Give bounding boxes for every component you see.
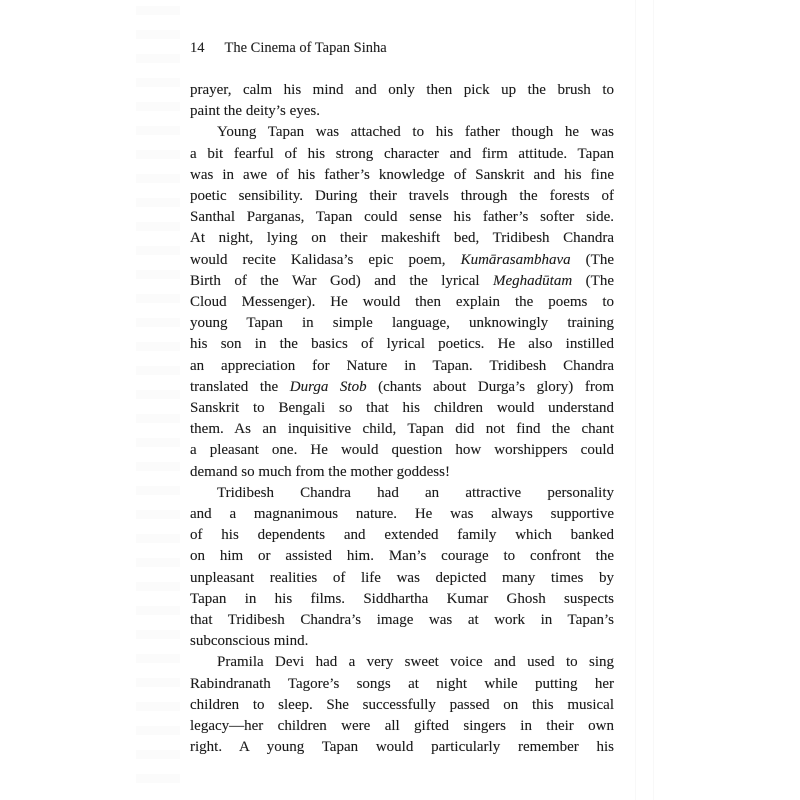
- italic-text-segment: Meghadūtam: [493, 273, 572, 289]
- text-segment: poetic sensibility. During their travels…: [190, 188, 614, 204]
- text-segment: them. As an inquisitive child, Tapan did…: [190, 421, 614, 437]
- page-header: 14The Cinema of Tapan Sinha: [190, 40, 614, 56]
- book-page-scan: 14The Cinema of Tapan Sinha prayer, calm…: [0, 0, 800, 800]
- text-segment: Tridibesh Chandra had an attractive pers…: [217, 485, 614, 501]
- text-segment: At night, lying on their makeshift bed, …: [190, 230, 614, 246]
- text-segment: an appreciation for Nature in Tapan. Tri…: [190, 358, 614, 374]
- text-line: Rabindranath Tagore’s songs at night whi…: [190, 674, 614, 695]
- italic-text-segment: Durga Stob: [290, 379, 367, 395]
- text-segment: that Tridibesh Chandra’s image was at wo…: [190, 612, 614, 628]
- text-segment: would recite Kalidasa’s epic poem,: [190, 252, 461, 268]
- text-line: of his dependents and extended family wh…: [190, 525, 614, 546]
- text-segment: unpleasant realities of life was depicte…: [190, 570, 614, 586]
- text-segment: Young Tapan was attached to his father t…: [217, 124, 614, 140]
- text-segment: a pleasant one. He would question how wo…: [190, 442, 614, 458]
- text-segment: legacy—her children were all gifted sing…: [190, 718, 614, 734]
- text-segment: and a magnanimous nature. He was always …: [190, 506, 614, 522]
- page-edge-line: [635, 0, 636, 800]
- text-line: on him or assisted him. Man’s courage to…: [190, 546, 614, 567]
- text-segment: on him or assisted him. Man’s courage to…: [190, 548, 614, 564]
- text-line: right. A young Tapan would particularly …: [190, 737, 614, 758]
- running-title: The Cinema of Tapan Sinha: [225, 40, 387, 56]
- text-segment: of his dependents and extended family wh…: [190, 527, 614, 543]
- text-line: unpleasant realities of life was depicte…: [190, 568, 614, 589]
- text-segment: (The: [571, 252, 614, 268]
- text-line: Tridibesh Chandra had an attractive pers…: [190, 483, 614, 504]
- text-line: demand so much from the mother goddess!: [190, 462, 614, 483]
- text-segment: young Tapan in simple language, unknowin…: [190, 315, 614, 331]
- text-segment: subconscious mind.: [190, 633, 308, 649]
- text-line: was in awe of his father’s knowledge of …: [190, 165, 614, 186]
- text-line: children to sleep. She successfully pass…: [190, 695, 614, 716]
- text-line: a pleasant one. He would question how wo…: [190, 440, 614, 461]
- text-line: that Tridibesh Chandra’s image was at wo…: [190, 610, 614, 631]
- text-segment: Birth of the War God) and the lyrical: [190, 273, 493, 289]
- text-line: subconscious mind.: [190, 631, 614, 652]
- page-number: 14: [190, 40, 205, 56]
- text-segment: Rabindranath Tagore’s songs at night whi…: [190, 676, 614, 692]
- italic-text-segment: Kumārasambhava: [461, 252, 571, 268]
- text-segment: Cloud Messenger). He would then explain …: [190, 294, 614, 310]
- page-edge-line: [653, 0, 654, 800]
- text-line: his son in the basics of lyrical poetics…: [190, 334, 614, 355]
- text-line: poetic sensibility. During their travels…: [190, 186, 614, 207]
- text-line: a bit fearful of his strong character an…: [190, 144, 614, 165]
- reverse-side-ghost-texture: [136, 6, 180, 794]
- text-segment: prayer, calm his mind and only then pick…: [190, 82, 614, 98]
- text-segment: Sanskrit to Bengali so that his children…: [190, 400, 614, 416]
- text-line: young Tapan in simple language, unknowin…: [190, 313, 614, 334]
- text-line: translated the Durga Stob (chants about …: [190, 377, 614, 398]
- text-segment: Santhal Parganas, Tapan could sense his …: [190, 209, 614, 225]
- text-line: At night, lying on their makeshift bed, …: [190, 228, 614, 249]
- text-line: them. As an inquisitive child, Tapan did…: [190, 419, 614, 440]
- text-segment: his son in the basics of lyrical poetics…: [190, 336, 614, 352]
- text-line: paint the deity’s eyes.: [190, 101, 614, 122]
- text-line: Cloud Messenger). He would then explain …: [190, 292, 614, 313]
- text-segment: translated the: [190, 379, 290, 395]
- text-segment: Pramila Devi had a very sweet voice and …: [217, 654, 614, 670]
- text-line: would recite Kalidasa’s epic poem, Kumār…: [190, 250, 614, 271]
- text-segment: right. A young Tapan would particularly …: [190, 739, 614, 755]
- text-line: and a magnanimous nature. He was always …: [190, 504, 614, 525]
- text-line: Sanskrit to Bengali so that his children…: [190, 398, 614, 419]
- text-line: prayer, calm his mind and only then pick…: [190, 80, 614, 101]
- text-segment: paint the deity’s eyes.: [190, 103, 320, 119]
- text-segment: (The: [572, 273, 614, 289]
- text-line: legacy—her children were all gifted sing…: [190, 716, 614, 737]
- text-segment: demand so much from the mother goddess!: [190, 464, 450, 480]
- text-line: Tapan in his films. Siddhartha Kumar Gho…: [190, 589, 614, 610]
- text-line: Birth of the War God) and the lyrical Me…: [190, 271, 614, 292]
- text-segment: was in awe of his father’s knowledge of …: [190, 167, 614, 183]
- page-body: prayer, calm his mind and only then pick…: [190, 80, 614, 759]
- text-line: Pramila Devi had a very sweet voice and …: [190, 652, 614, 673]
- text-line: an appreciation for Nature in Tapan. Tri…: [190, 356, 614, 377]
- text-segment: children to sleep. She successfully pass…: [190, 697, 614, 713]
- text-segment: (chants about Durga’s glory) from: [367, 379, 614, 395]
- text-line: Young Tapan was attached to his father t…: [190, 122, 614, 143]
- text-segment: Tapan in his films. Siddhartha Kumar Gho…: [190, 591, 614, 607]
- book-page: 14The Cinema of Tapan Sinha prayer, calm…: [190, 40, 614, 759]
- text-segment: a bit fearful of his strong character an…: [190, 146, 614, 162]
- text-line: Santhal Parganas, Tapan could sense his …: [190, 207, 614, 228]
